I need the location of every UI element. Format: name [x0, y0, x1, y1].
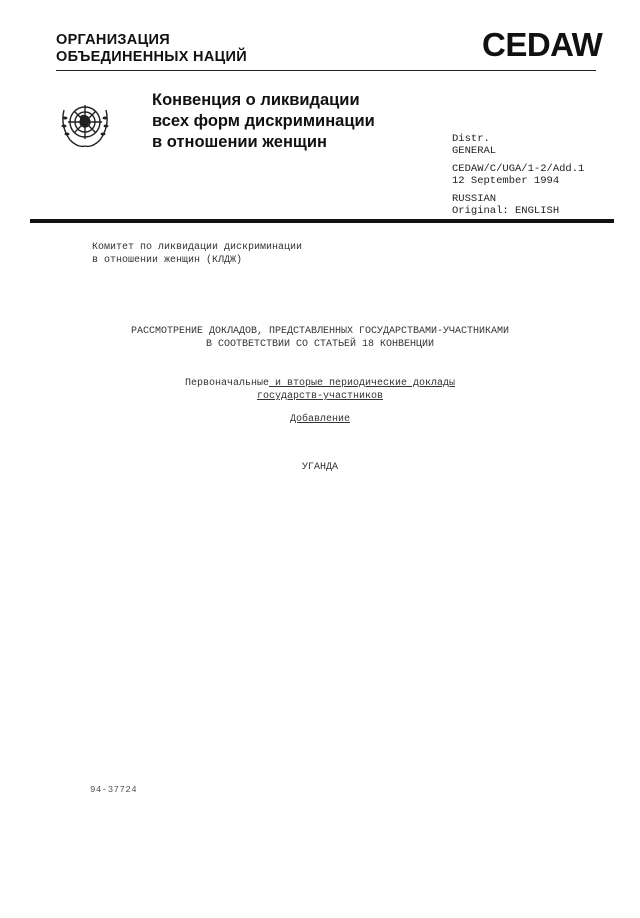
consideration-line-1: РАССМОТРЕНИЕ ДОКЛАДОВ, ПРЕДСТАВЛЕННЫХ ГО… [0, 325, 640, 338]
un-emblem-icon [56, 96, 114, 152]
organization-line-2: ОБЪЕДИНЕННЫХ НАЦИЙ [56, 49, 247, 66]
organization-name: ОРГАНИЗАЦИЯ ОБЪЕДИНЕННЫХ НАЦИЙ [56, 32, 247, 66]
committee-line-1: Комитет по ликвидации дискриминации [92, 241, 302, 254]
distribution: Distr. [452, 133, 584, 145]
job-number: 94-37724 [90, 785, 137, 795]
title-line-2: всех форм дискриминации [152, 111, 375, 132]
original-language: Original: ENGLISH [452, 205, 584, 217]
distribution-type: GENERAL [452, 145, 584, 157]
consideration-heading: РАССМОТРЕНИЕ ДОКЛАДОВ, ПРЕДСТАВЛЕННЫХ ГО… [0, 325, 640, 351]
reports-line-2: государств-участников [0, 390, 640, 403]
consideration-line-2: В СООТВЕТСТВИИ СО СТАТЬЕЙ 18 КОНВЕНЦИИ [0, 338, 640, 351]
document-language: RUSSIAN [452, 193, 584, 205]
country-name: УГАНДА [0, 461, 640, 474]
document-date: 12 September 1994 [452, 175, 584, 187]
cedaw-brand: CEDAW [482, 26, 602, 64]
title-line-1: Конвенция о ликвидации [152, 90, 375, 111]
document-metadata: Distr. GENERAL CEDAW/C/UGA/1-2/Add.1 12 … [452, 133, 584, 217]
title-line-3: в отношении женщин [152, 132, 375, 153]
committee-line-2: в отношении женщин (КЛДЖ) [92, 254, 302, 267]
addendum-label: Добавление [0, 413, 640, 426]
reports-line-1: Первоначальные и вторые периодические до… [0, 377, 640, 390]
main-divider [30, 219, 614, 223]
reports-middle: и вторые периодические доклады [269, 378, 455, 389]
committee-name: Комитет по ликвидации дискриминации в от… [92, 241, 302, 267]
reports-heading: Первоначальные и вторые периодические до… [0, 377, 640, 403]
header-divider [56, 70, 596, 71]
organization-line-1: ОРГАНИЗАЦИЯ [56, 32, 247, 49]
reports-prefix: Первоначальные [185, 378, 269, 389]
document-symbol: CEDAW/C/UGA/1-2/Add.1 [452, 163, 584, 175]
convention-title: Конвенция о ликвидации всех форм дискрим… [152, 90, 375, 153]
